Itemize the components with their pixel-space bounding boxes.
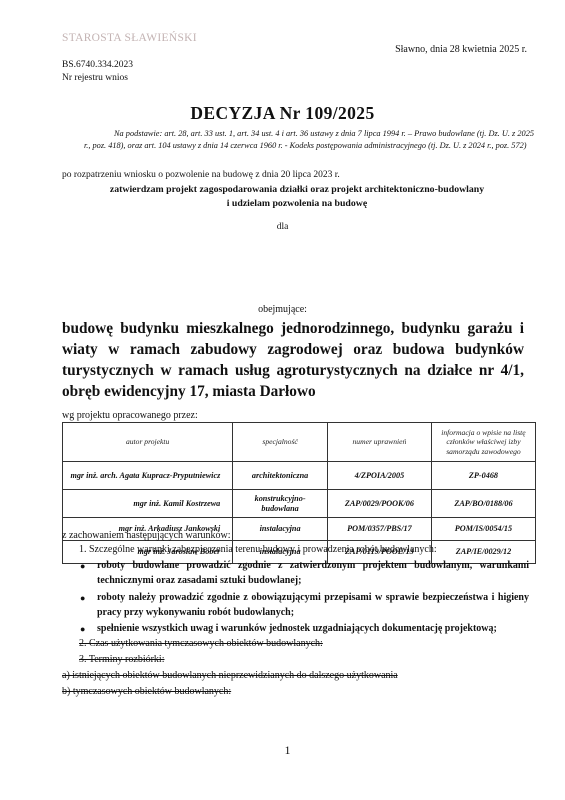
condition-item-1: 1. Szczególne warunki zabezpieczenia ter… — [79, 544, 529, 557]
legal-basis: Na podstawie: art. 28, art. 33 ust. 1, a… — [84, 128, 534, 152]
condition-item-3b-struck: b) tymczasowych obiektów budowlanych: — [62, 686, 231, 697]
author-specialty: architektoniczna — [233, 462, 328, 490]
for-label: dla — [0, 222, 565, 232]
authors-intro: wg projektu opracowanego przez: — [62, 410, 198, 421]
table-row: mgr inż. arch. Agata Kupracz-Pryputniewi… — [63, 462, 536, 490]
consideration-text: po rozpatrzeniu wniosku o pozwolenie na … — [62, 170, 340, 180]
condition-bullet: roboty należy prowadzić zgodnie z obowią… — [97, 590, 529, 620]
place-date: Sławno, dnia 28 kwietnia 2025 r. — [395, 44, 527, 55]
condition-item-3-struck: 3. Terminy rozbiórki: — [79, 654, 165, 665]
office-stamp: STAROSTA SŁAWIEŃSKI — [62, 32, 197, 44]
covering-label: obejmujące: — [0, 304, 565, 315]
col-header-license: numer uprawnień — [327, 423, 431, 462]
condition-bullet: roboty budowlane prowadzić zgodnie z zat… — [97, 558, 529, 588]
condition-item-2-struck: 2. Czas użytkowania tymczasowych obiektó… — [79, 638, 323, 649]
authors-table: autor projektu specjalność numer uprawni… — [62, 422, 536, 564]
case-number: BS.6740.334.2023 — [62, 60, 133, 70]
author-license: 4/ZPOIA/2005 — [327, 462, 431, 490]
conditions-intro: z zachowaniem następujących warunków: — [62, 530, 231, 541]
author-specialty: instalacyjna — [233, 518, 328, 541]
table-header-row: autor projektu specjalność numer uprawni… — [63, 423, 536, 462]
table-row: mgr inż. Kamil Kostrzewa konstrukcyjno-b… — [63, 490, 536, 518]
bullet-icon: ● — [80, 593, 85, 603]
condition-bullet: spełnienie wszystkich uwag i warunków je… — [97, 621, 537, 636]
bullet-icon: ● — [80, 624, 85, 634]
page-number: 1 — [0, 743, 565, 758]
author-membership: ZP-0468 — [431, 462, 535, 490]
scope-description: budowę budynku mieszkalnego jednorodzinn… — [62, 318, 524, 402]
author-membership: POM/IS/0054/15 — [431, 518, 535, 541]
approval-statement: zatwierdzam projekt zagospodarowania dzi… — [62, 183, 532, 210]
author-license: POM/0357/PBS/17 — [327, 518, 431, 541]
author-membership: ZAP/BO/0188/06 — [431, 490, 535, 518]
author-specialty: konstrukcyjno-budowlana — [233, 490, 328, 518]
author-name: mgr inż. Kamil Kostrzewa — [63, 490, 233, 518]
author-name: mgr inż. arch. Agata Kupracz-Pryputniewi… — [63, 462, 233, 490]
col-header-author: autor projektu — [63, 423, 233, 462]
register-label: Nr rejestru wnios — [62, 73, 128, 83]
bullet-icon: ● — [80, 561, 85, 571]
approval-line-1: zatwierdzam projekt zagospodarowania dzi… — [62, 183, 532, 197]
author-license: ZAP/0029/POOK/06 — [327, 490, 431, 518]
approval-line-2: i udzielam pozwolenia na budowę — [62, 197, 532, 211]
col-header-specialty: specjalność — [233, 423, 328, 462]
col-header-membership: informacja o wpisie na listę członków wł… — [431, 423, 535, 462]
decision-title: DECYZJA Nr 109/2025 — [0, 103, 565, 124]
condition-item-3a-struck: a) istniejących obiektów budowlanych nie… — [62, 670, 398, 681]
